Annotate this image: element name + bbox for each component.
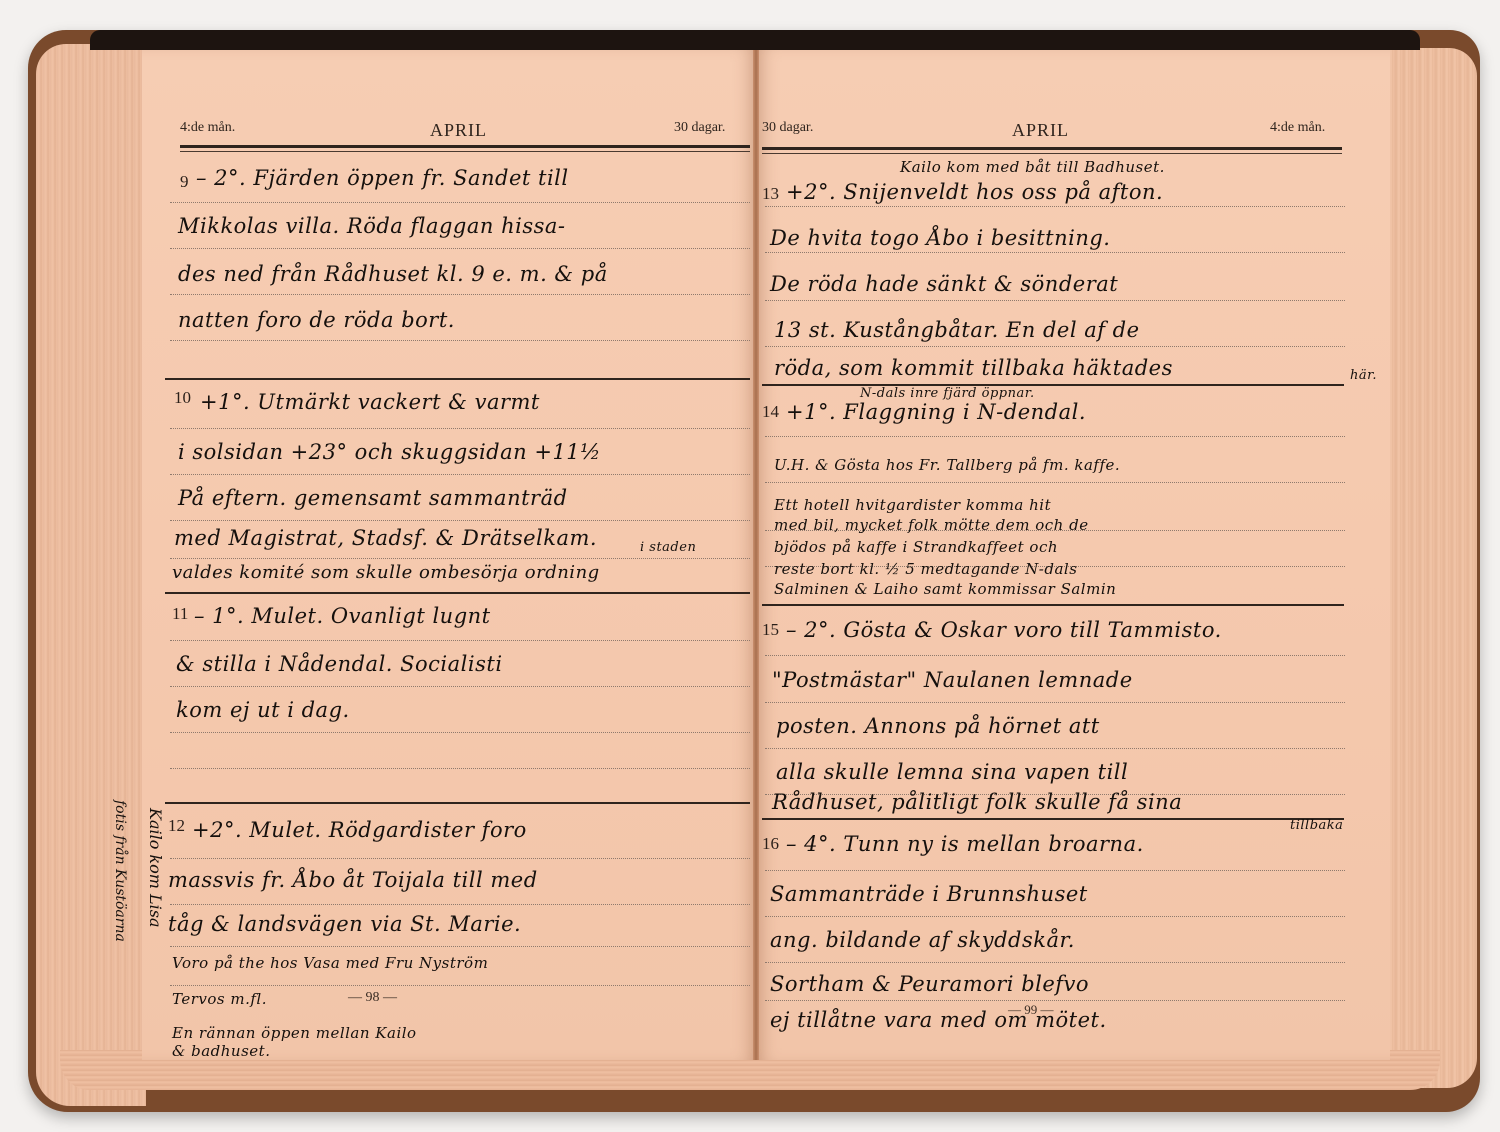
- header-rule-thin: [762, 153, 1342, 154]
- day-divider: [165, 378, 750, 380]
- entry-line: De hvita togo Åbo i besittning.: [770, 226, 1110, 250]
- days-count: 30 dagar.: [674, 120, 725, 136]
- entry-annotation: N-dals inre fjärd öppnar.: [860, 386, 1035, 401]
- entry-line: – 4°. Tunn ny is mellan broarna.: [786, 832, 1144, 856]
- entry-line: & badhuset.: [172, 1042, 270, 1060]
- entry-line: Ett hotell hvitgardister komma hit: [774, 496, 1051, 514]
- entry-line: +1°. Utmärkt vackert & varmt: [200, 390, 540, 414]
- day-number: 14: [762, 402, 779, 422]
- entry-line: – 1°. Mulet. Ovanligt lugnt: [194, 604, 491, 628]
- entry-line: kom ej ut i dag.: [176, 698, 350, 722]
- entry-line: En rännan öppen mellan Kailo: [172, 1024, 417, 1042]
- entry-line: +2°. Snijenveldt hos oss på afton.: [786, 180, 1163, 204]
- month-title: APRIL: [430, 120, 487, 141]
- day-divider: [165, 802, 750, 804]
- day-number: 13: [762, 184, 779, 204]
- day-number: 16: [762, 834, 779, 854]
- entry-line: 13 st. Kustångbåtar. En del af de: [774, 318, 1140, 342]
- entry-line: des ned från Rådhuset kl. 9 e. m. & på: [178, 262, 608, 286]
- entry-line: Voro på the hos Vasa med Fru Nyström: [172, 954, 488, 972]
- entry-line: tåg & landsvägen via St. Marie.: [168, 912, 521, 936]
- margin-note: fotis från Kustöarna: [112, 800, 128, 942]
- month-ordinal: 4:de mån.: [180, 120, 235, 136]
- book-gutter: [753, 50, 759, 1060]
- entry-line: med Magistrat, Stadsf. & Drätselkam.: [174, 526, 597, 550]
- page-stack-right: [1385, 48, 1477, 1088]
- annotation: i staden: [640, 540, 696, 555]
- entry-line: bjödos på kaffe i Strandkaffeet och: [774, 538, 1058, 556]
- margin-note: Kailo kom Lisa: [146, 808, 165, 928]
- day-number: 9: [180, 172, 189, 192]
- entry-line: reste bort kl. ½ 5 medtagande N-dals: [774, 560, 1077, 578]
- day-number: 12: [168, 816, 185, 836]
- entry-line: Tervos m.fl.: [172, 990, 267, 1008]
- entry-line: Mikkolas villa. Röda flaggan hissa-: [178, 214, 566, 238]
- day-divider: [762, 818, 1344, 820]
- entry-line: +2°. Mulet. Rödgardister foro: [192, 818, 527, 842]
- entry-line: Sortham & Peuramori blefvo: [770, 972, 1089, 996]
- entry-line: "Postmästar" Naulanen lemnade: [772, 668, 1133, 692]
- entry-line: ang. bildande af skyddskår.: [770, 928, 1075, 952]
- entry-line: ej tillåtne vara med om mötet.: [770, 1008, 1107, 1032]
- entry-line: Rådhuset, pålitligt folk skulle få sina: [772, 790, 1182, 814]
- entry-annotation: Kailo kom med båt till Badhuset.: [900, 158, 1165, 176]
- left-page-header: 4:de mån. APRIL 30 dagar.: [180, 116, 750, 140]
- day-number: 11: [172, 604, 188, 624]
- day-number: 15: [762, 620, 779, 640]
- entry-line: med bil, mycket folk mötte dem och de: [774, 516, 1089, 534]
- day-divider: [762, 604, 1344, 606]
- day-divider: [165, 592, 750, 594]
- month-title: APRIL: [1012, 120, 1069, 141]
- entry-line: röda, som kommit tillbaka häktades: [774, 356, 1173, 380]
- entry-line: – 2°. Fjärden öppen fr. Sandet till: [196, 166, 569, 190]
- entry-line: & stilla i Nådendal. Socialisti: [176, 652, 503, 676]
- entry-line: alla skulle lemna sina vapen till: [776, 760, 1128, 784]
- day-divider: [762, 384, 1344, 386]
- header-rule: [762, 147, 1342, 150]
- below-note: tillbaka: [1290, 818, 1343, 833]
- page-number: — 99 —: [1008, 1002, 1054, 1018]
- page-number: — 98 —: [348, 990, 397, 1006]
- entry-line: U.H. & Gösta hos Fr. Tallberg på fm. kaf…: [774, 456, 1120, 474]
- page-stack-left: [36, 44, 146, 1106]
- entry-line: i solsidan +23° och skuggsidan +11½: [178, 440, 601, 464]
- header-rule: [180, 145, 750, 148]
- entry-line: De röda hade sänkt & sönderat: [770, 272, 1118, 296]
- entry-line: valdes komité som skulle ombesörja ordni…: [172, 562, 600, 583]
- right-page-header: 30 dagar. APRIL 4:de mån.: [762, 116, 1342, 140]
- entry-line: massvis fr. Åbo åt Toijala till med: [168, 868, 538, 892]
- day-number: 10: [174, 388, 191, 408]
- spine-top-edge: [90, 30, 1420, 50]
- entry-line: Sammanträde i Brunnshuset: [770, 882, 1088, 906]
- days-count: 30 dagar.: [762, 120, 813, 136]
- entry-line: Salminen & Laiho samt kommissar Salmin: [774, 580, 1116, 598]
- entry-line: – 2°. Gösta & Oskar voro till Tammisto.: [786, 618, 1222, 642]
- entry-line: natten foro de röda bort.: [178, 308, 455, 332]
- entry-line: På eftern. gemensamt sammanträd: [178, 486, 568, 510]
- month-ordinal: 4:de mån.: [1270, 120, 1325, 136]
- header-rule-thin: [180, 151, 750, 152]
- entry-line: posten. Annons på hörnet att: [776, 714, 1100, 738]
- side-note: här.: [1350, 368, 1377, 383]
- entry-line: +1°. Flaggning i N-dendal.: [786, 400, 1086, 424]
